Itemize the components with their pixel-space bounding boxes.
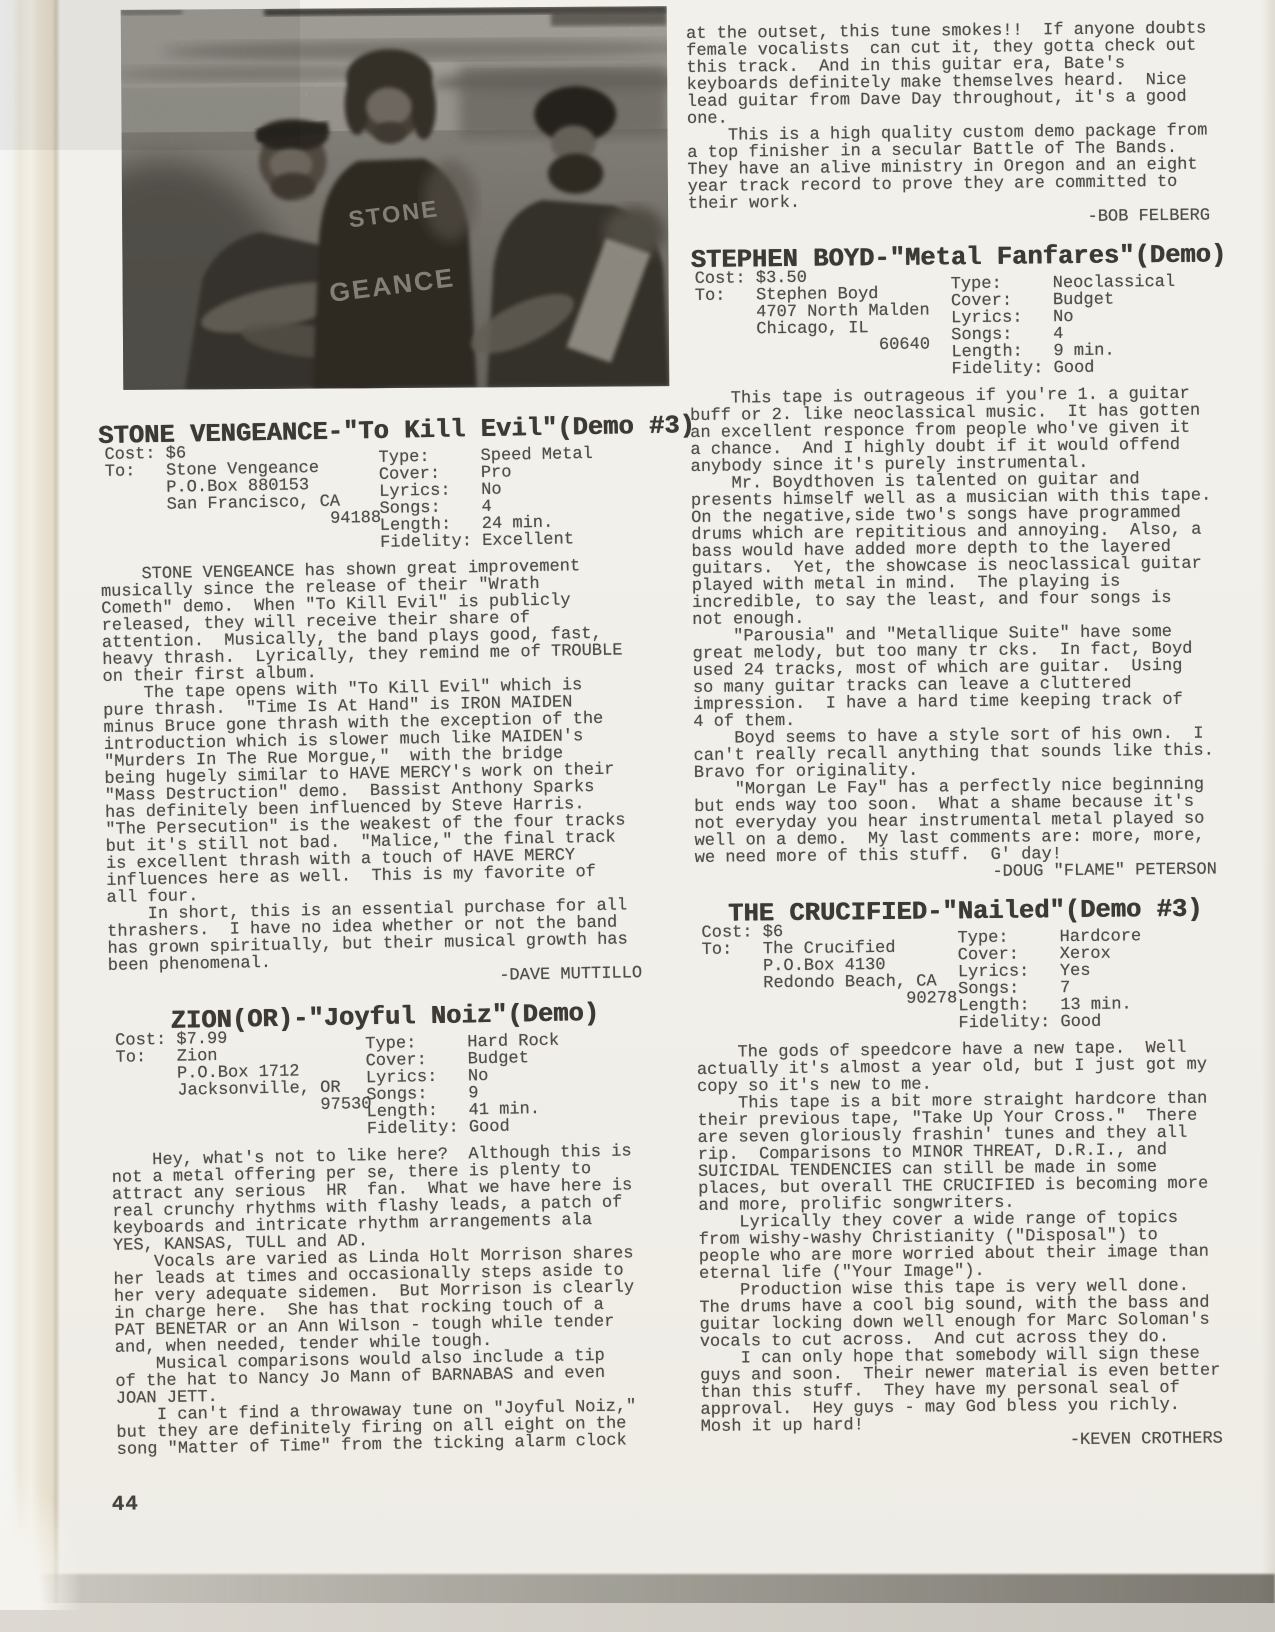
review-specs: Type: Hardcore Cover: Xerox Lyrics: Yes … <box>957 928 1142 1032</box>
review-paragraph: This tape is outrageous if you're 1. a g… <box>690 385 1231 476</box>
review-stephen-boyd: STEPHEN BOYD-"Metal Fanfares"(Demo) Cost… <box>688 246 1235 884</box>
review-paragraph: This is a high quality custom demo packa… <box>687 122 1228 213</box>
review-body: This tape is outrageous if you're 1. a g… <box>690 385 1235 867</box>
review-paragraph: Production wise this tape is very well d… <box>699 1277 1240 1351</box>
review-paragraph: STONE VENGEANCE has shown great improvem… <box>101 557 655 686</box>
review-body: at the outset, this tune smokes!! If any… <box>686 20 1228 213</box>
page-right-edge-shade <box>1261 0 1275 1632</box>
review-body: Hey, what's not to like here? Although t… <box>111 1143 669 1459</box>
review-paragraph: In short, this is an essential purchase … <box>107 897 660 975</box>
page-bottom-edge <box>0 1603 1275 1632</box>
review-continuation: at the outset, this tune smokes!! If any… <box>686 20 1228 230</box>
band-photo: STONE GEANCE <box>121 6 670 390</box>
review-cost-address: Cost: $3.50 To: Stephen Boyd 4707 North … <box>695 268 931 355</box>
right-column: at the outset, this tune smokes!! If any… <box>686 20 1241 1453</box>
review-paragraph: Hey, what's not to like here? Although t… <box>111 1143 665 1255</box>
review-cost-address: Cost: $6 To: The Crucified P.O.Box 4130 … <box>701 922 957 1010</box>
review-paragraph: Lyrically they cover a wide range of top… <box>698 1209 1239 1283</box>
review-paragraph: This tape is a bit more straight hardcor… <box>697 1090 1238 1215</box>
left-column: STONE VENGEANCE-"To Kill Evil"(Demo #3) … <box>98 418 670 1514</box>
review-paragraph: Mr. Boydthoven is talented on guitar and… <box>691 470 1233 629</box>
review-paragraph: I can't find a throwaway tune on "Joyful… <box>116 1398 669 1459</box>
review-info-block: Cost: $6 To: The Crucified P.O.Box 4130 … <box>695 917 1236 1037</box>
review-paragraph: "Morgan Le Fay" has a perfectly nice beg… <box>694 776 1235 867</box>
review-cost-address: Cost: $7.99 To: Zion P.O.Box 1712 Jackso… <box>115 1028 372 1118</box>
review-specs: Type: Neoclassical Cover: Budget Lyrics:… <box>951 274 1176 378</box>
review-paragraph: The tape opens with "To Kill Evil" which… <box>103 676 659 907</box>
page-left-edge-crease <box>0 0 60 1632</box>
review-body: The gods of speedcore have a new tape. W… <box>697 1039 1241 1436</box>
review-zion: ZION(OR)-"Joyful Noiz"(Demo) Cost: $7.99… <box>109 1004 669 1459</box>
review-info-block: Cost: $6 To: Stone Vengeance P.O.Box 880… <box>98 435 652 559</box>
review-paragraph: The gods of speedcore have a new tape. W… <box>697 1039 1238 1096</box>
review-cost-address: Cost: $6 To: Stone Vengeance P.O.Box 880… <box>104 442 381 532</box>
review-info-block: Cost: $7.99 To: Zion P.O.Box 1712 Jackso… <box>109 1021 663 1145</box>
review-specs: Type: Hard Rock Cover: Budget Lyrics: No… <box>365 1033 561 1139</box>
review-info-block: Cost: $3.50 To: Stephen Boyd 4707 North … <box>689 263 1230 383</box>
page-bottom-scan-band <box>0 1574 1275 1606</box>
review-stone-vengeance: STONE VENGEANCE-"To Kill Evil"(Demo #3) … <box>98 418 660 992</box>
page-corner-curl <box>0 1470 80 1610</box>
scanned-zine-page: STONE GEANCE STONE VENGEANCE-"To Kill Ev… <box>0 0 1275 1632</box>
review-paragraph: at the outset, this tune smokes!! If any… <box>686 20 1227 128</box>
review-paragraph: "Parousia" and "Metallique Suite" have s… <box>692 623 1233 731</box>
review-body: STONE VENGEANCE has shown great improvem… <box>101 557 660 975</box>
review-specs: Type: Speed Metal Cover: Pro Lyrics: No … <box>378 446 594 552</box>
band-photo-illustration: STONE GEANCE <box>121 6 670 390</box>
page-number: 44 <box>112 1487 670 1514</box>
review-the-crucified: THE CRUCIFIED-"Nailed"(Demo #3) Cost: $6… <box>695 900 1241 1453</box>
review-paragraph: I can only hope that somebody will sign … <box>700 1345 1241 1436</box>
review-paragraph: Boyd seems to have a style sort of his o… <box>693 725 1234 782</box>
review-paragraph: Vocals are varied as Linda Holt Morrison… <box>113 1245 667 1357</box>
